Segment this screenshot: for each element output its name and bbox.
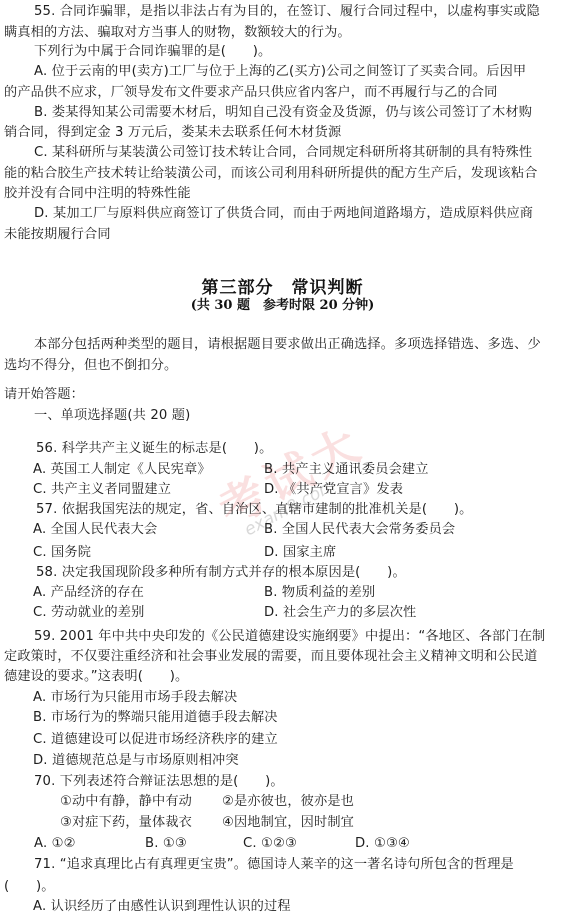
q59-stem-line1: 59. 2001 年中共中央印发的《公民道德建设实施纲要》中提出：“各地区、各部… [34,627,545,647]
q57-stem: 57. 依据我国宪法的规定，省、自治区、直辖市建制的批准机关是( )。 [36,500,472,520]
q55-option-b-line2: 销合同，得到定金 3 万元后，娄某未去联系任何木材货源 [4,123,341,143]
q59-option-c: C. 道德建设可以促进市场经济秩序的建立 [33,730,278,750]
q70-option-a: A. ①② [34,834,76,854]
q55-option-a-line1: A. 位于云南的甲(卖方)工厂与位于上海的乙(买方)公司之间签订了买卖合同。后因… [34,62,526,82]
section-intro-line1: 本部分包括两种类型的题目，请根据题目要求做出正确选择。多项选择错选、多选、少 [34,335,541,355]
q71-stem-line2: ( )。 [4,877,55,897]
q70-statement-4: ④因地制宜，因时制宜 [222,813,354,833]
q55-stem-line2: 瞒真相的方法、骗取对方当事人的财物，数额较大的行为。 [4,23,351,43]
q59-option-b: B. 市场行为的弊端只能用道德手段去解决 [33,708,278,728]
q58-option-d: D. 社会生产力的多层次性 [264,603,416,623]
q55-option-d-line1: D. 某加工厂与原料供应商签订了供货合同，而由于两地间道路塌方，造成原料供应商 [34,204,533,224]
q70-option-c: C. ①②③ [243,834,297,854]
q70-option-b: B. ①③ [145,834,187,854]
q71-option-a: A. 认识经历了由感性认识到理性认识的过程 [33,897,291,917]
q56-option-d: D. 《共产党宣言》发表 [264,480,403,500]
q58-option-b: B. 物质利益的差别 [264,583,375,603]
q58-option-c: C. 劳动就业的差别 [33,603,144,623]
section-subtitle: (共 30 题 参考时限 20 分钟) [0,294,565,313]
q70-statement-2: ②是亦彼也，彼亦是也 [222,792,354,812]
q57-option-a: A. 全国人民代表大会 [33,520,157,540]
q55-option-c-line3: 胶并没有合同中注明的特殊性能 [4,184,191,204]
q58-option-a: A. 产品经济的存在 [33,583,144,603]
start-instruction: 请开始答题： [4,385,84,405]
q55-option-b-line1: B. 娄某得知某公司需要木材后，明知自己没有资金及货源，仍与该公司签订了木材购 [34,103,532,123]
q57-option-b: B. 全国人民代表大会常务委员会 [264,520,455,540]
q55-option-c-line1: C. 某科研所与某装潢公司签订技术转让合同，合同规定科研所将其研制的具有特殊性 [34,143,532,163]
section-intro-line2: 选均不得分，但也不倒扣分。 [4,356,177,376]
q55-option-a-line2: 的产品供不应求，厂领导发布文件要求产品只供应省内客户，而不再履行与乙的合同 [4,83,497,103]
q56-option-a: A. 英国工人制定《人民宪章》 [33,460,211,480]
q55-stem-line1: 55. 合同诈骗罪，是指以非法占有为目的，在签订、履行合同过程中，以虚构事实或隐 [34,2,540,22]
q58-stem: 58. 决定我国现阶段多种所有制方式并存的根本原因是( )。 [36,563,406,583]
q55-option-c-line2: 能的粘合胶生产技术转让给装潢公司，而该公司利用科研所提供的配方生产后，发现该粘合 [4,164,538,184]
q55-option-d-line2: 未能按期履行合同 [4,225,111,245]
q56-option-b: B. 共产主义通讯委员会建立 [264,460,429,480]
q56-stem: 56. 科学共产主义诞生的标志是( )。 [36,439,272,459]
q59-option-a: A. 市场行为只能用市场手段去解决 [33,688,237,708]
q55-prompt: 下列行为中属于合同诈骗罪的是( )。 [34,42,271,62]
q70-statement-1: ①动中有静，静中有动 [60,792,192,812]
q59-stem-line2: 定政策时，不仅要注重经济和社会事业发展的需要，而且要体现社会主义精神文明和公民道 [4,647,538,667]
q70-option-d: D. ①③④ [355,834,410,854]
q59-option-d: D. 道德规范总是与市场原则相冲突 [33,751,239,771]
part-heading: 一、单项选择题(共 20 题) [34,406,190,426]
q59-stem-line3: 德建设的要求。”这表明( )。 [4,667,188,687]
q71-stem-line1: 71. “追求真理比占有真理更宝贵”。德国诗人莱辛的这一著名诗句所包含的哲理是 [34,855,514,875]
q70-stem: 70. 下列表述符合辩证法思想的是( )。 [34,772,284,792]
q57-option-c: C. 国务院 [33,543,91,563]
q57-option-d: D. 国家主席 [264,543,336,563]
q70-statement-3: ③对症下药，量体裁衣 [60,813,192,833]
q56-option-c: C. 共产主义者同盟建立 [33,480,171,500]
